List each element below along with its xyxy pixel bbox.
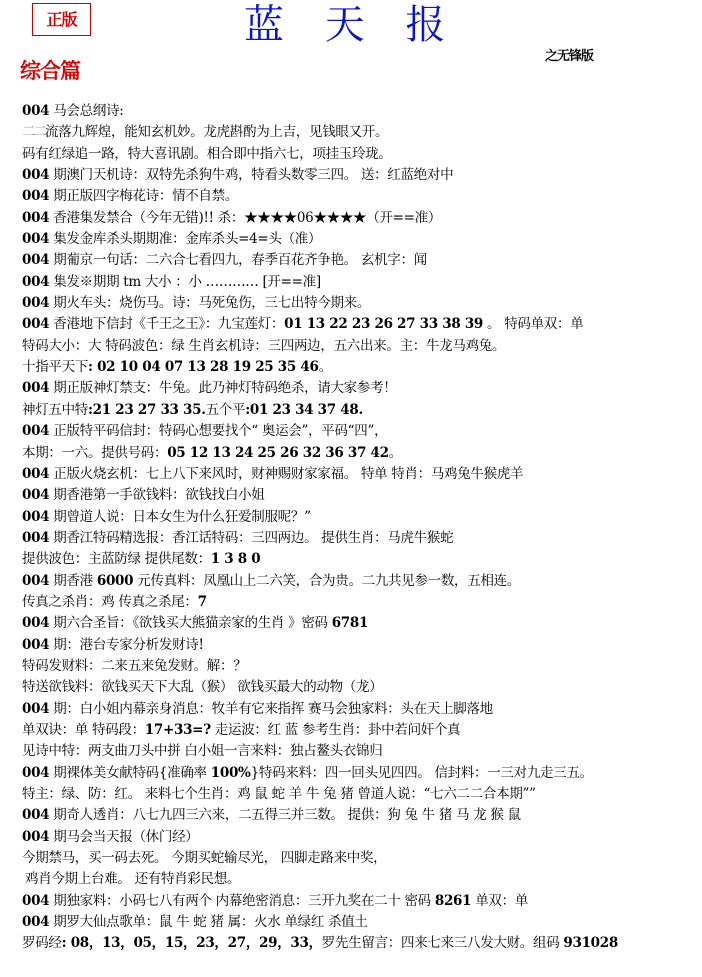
text-line: 鸡肖今期上台难。 还有特肖彩民想。 — [22, 869, 692, 890]
line-suffix: 。 — [389, 445, 402, 461]
line-text: 期香港 — [49, 573, 97, 589]
line-suffix: 五个平 — [206, 402, 246, 418]
issue-number: 004 — [22, 914, 49, 930]
text-line: 特送欲钱料：欲钱买天下大乱（猴） 欲钱买最大的动物（龙） — [22, 677, 692, 698]
line-suffix: 。 — [319, 359, 332, 375]
line-text: 期：港台专家分析发财诗! — [49, 637, 203, 653]
issue-number: 004 — [22, 210, 49, 226]
bold-numbers: 6000 — [97, 573, 133, 589]
line-suffix: 走运波：红 蓝 参考生肖：卦中若问奸个真 — [211, 722, 461, 738]
issue-number: 004 — [22, 103, 49, 119]
line-suffix: }特码来料：四一回头见四四。 信封料：一三对九走三五。 — [251, 765, 593, 781]
line-text: 特送欲钱料：欲钱买天下大乱（猴） 欲钱买最大的动物（龙） — [22, 679, 382, 695]
line-text: 提供波色：主蓝防绿 提供尾数： — [22, 551, 211, 567]
line-text: 马会总纲诗: — [49, 103, 123, 119]
issue-number: 004 — [22, 295, 49, 311]
line-text: 十指平天下 — [22, 359, 88, 375]
issue-number: 004 — [22, 316, 49, 332]
text-line: 004 期六合圣旨：《欲钱买大熊猫亲家的生肖 》密码 6781 — [22, 613, 692, 634]
issue-number: 004 — [22, 807, 49, 823]
text-line: 004 期香港第一手欲钱料：欲钱找白小姐 — [22, 485, 692, 506]
text-line: 004 期香港 6000 元传真料：凤凰山上二六笑，合为贵。二九共见参一数，五相… — [22, 571, 692, 592]
issue-number: 004 — [22, 380, 49, 396]
issue-number: 004 — [22, 466, 49, 482]
issue-number: 004 — [22, 829, 49, 845]
text-line: 004 正版火烧玄机：七上八下来风时，财神赐财家家福。 特单 特肖：马鸡兔牛猴虎… — [22, 464, 692, 485]
bold-numbers: 1 3 8 0 — [211, 551, 261, 567]
text-line: 004 期曾道人说：日本女生为什么狂爱制服呢？” — [22, 507, 692, 528]
text-line: 004 集发金库杀头期期准：金库杀头=4=头（准） — [22, 229, 692, 250]
text-line: 004 期奇人透肖：八七九四三六来，二五得三并三数。 提供：狗 兔 牛 猪 马 … — [22, 805, 692, 826]
text-line: 004 香港集发禁合（今年无错)!! 杀：★★★★06★★★★（开==准） — [22, 208, 692, 229]
issue-number: 004 — [22, 701, 49, 717]
section-title: 综合篇 — [20, 57, 80, 85]
line-text: 期曾道人说：日本女生为什么狂爱制服呢？” — [49, 509, 310, 525]
text-line: 罗码经: 08，13，05，15，23，27，29，33，罗先生留言：四来七来三… — [22, 933, 692, 954]
text-line: 见诗中特：两支曲刀头中拼 白小姐一言来料：独占鳌头衣锦归 — [22, 741, 692, 762]
text-line: 004 期：港台专家分析发财诗! — [22, 635, 692, 656]
line-text: 流落九辉煌，能知玄机妙。龙虎斟酌为上吉，见钱眼又开。 — [45, 124, 388, 140]
text-line: 特码发财料：二来五来兔发财。解：？ — [22, 656, 692, 677]
text-line: 004 期裸体美女献特码{准确率 100%}特码来料：四一回头见四四。 信封料：… — [22, 763, 692, 784]
text-line: 特主：绿、防：红。 来料七个生肖：鸡 鼠 蛇 羊 牛 兔 猪 曾道人说：“七六二… — [22, 784, 692, 805]
text-line: 传真之杀肖：鸡 传真之杀尾：7 — [22, 592, 692, 613]
line-text: 香港地下信封《千王之王》：九宝莲灯： — [49, 316, 284, 332]
text-line: 004 集发※期期 tm 大小 ：小 ………… [开==准] — [22, 272, 692, 293]
bold-numbers: 6781 — [332, 615, 368, 631]
line-text: 期澳门天机诗：双特先杀狗牛鸡，特看头数零三四。 送：红蓝绝对中 — [49, 167, 453, 183]
text-line: 今期禁马，买一码去死。 今期买蛇输尽光， 四脚走路来中奖， — [22, 848, 692, 869]
bold-numbers: 8261 — [435, 893, 471, 909]
bold-numbers: 17+33=? — [145, 722, 211, 738]
line-text: 罗码经 — [22, 935, 62, 951]
line-text: 期：白小姐内幕亲身消息：牧羊有它来指挥 赛马会独家料：头在天上脚落地 — [49, 701, 493, 717]
text-line: 提供波色：主蓝防绿 提供尾数：1 3 8 0 — [22, 549, 692, 570]
text-line: 本期：一六。提供号码：05 12 13 24 25 26 32 36 37 42… — [22, 443, 692, 464]
text-line: 004 期葡京一句话：二六合七看四九，春季百花齐争艳。 玄机字：闻 — [22, 250, 692, 271]
degraded-glyphs: 二二 — [22, 124, 45, 140]
line-text: 传真之杀肖：鸡 传真之杀尾： — [22, 594, 198, 610]
text-line: 004 期香江特码精选报：香江话特码：三四两边。 提供生肖：马虎牛猴蛇 — [22, 528, 692, 549]
issue-number: 004 — [22, 893, 49, 909]
line-text: 期奇人透肖：八七九四三六来，二五得三并三数。 提供：狗 兔 牛 猪 马 龙 猴 … — [49, 807, 521, 823]
page-title: 蓝 天 报 — [244, 2, 434, 48]
bold-numbers: : 08，13，05，15，23，27，29，33， — [62, 935, 322, 951]
bold-numbers: 100% — [211, 765, 251, 781]
bold-numbers: 01 13 22 23 26 27 33 38 39 — [284, 316, 483, 332]
text-line: 004 香港地下信封《千王之王》：九宝莲灯：01 13 22 23 26 27 … — [22, 314, 692, 335]
issue-number: 004 — [22, 274, 49, 290]
line-suffix: 单双：单 — [471, 893, 528, 909]
text-line: 004 马会总纲诗: — [22, 101, 692, 122]
text-line: 004 正版特平码信封：特码心想要找个“ 奥运会”，平码“四”， — [22, 421, 692, 442]
edition-stamp: 正版 — [32, 3, 91, 36]
issue-number: 004 — [22, 530, 49, 546]
text-line: 十指平天下: 02 10 04 07 13 28 19 25 35 46。 — [22, 357, 692, 378]
line-text: 期罗大仙点歌单：鼠 牛 蛇 猪 属：火水 单绿红 杀值土 — [49, 914, 367, 930]
text-line: 004 期独家料：小码七八有两个 内幕绝密消息：三开九奖在二十 密码 8261 … — [22, 891, 692, 912]
line-text: 特码发财料：二来五来兔发财。解：？ — [22, 658, 246, 674]
content-body: 004 马会总纲诗:二二流落九辉煌，能知玄机妙。龙虎斟酌为上吉，见钱眼又开。码有… — [22, 101, 692, 955]
line-text: 集发金库杀头期期准：金库杀头=4=头（准） — [49, 231, 321, 247]
text-line: 004 期正版四字梅花诗：情不自禁。 — [22, 186, 692, 207]
text-line: 码有红绿追一路，特大喜讯剧。相合即中指六七，项挂玉玲珑。 — [22, 144, 692, 165]
line-text: 正版火烧玄机：七上八下来风时，财神赐财家家福。 特单 特肖：马鸡兔牛猴虎羊 — [49, 466, 523, 482]
line-text: 本期：一六。提供号码： — [22, 445, 167, 461]
text-line: 004 期澳门天机诗：双特先杀狗牛鸡，特看头数零三四。 送：红蓝绝对中 — [22, 165, 692, 186]
line-text: 期香港第一手欲钱料：欲钱找白小姐 — [49, 487, 264, 503]
line-suffix: 罗先生留言：四来七来三八发大财。组码 — [322, 935, 564, 951]
line-text: 期正版四字梅花诗：情不自禁。 — [49, 188, 238, 204]
line-text: 期六合圣旨：《欲钱买大熊猫亲家的生肖 》密码 — [49, 615, 331, 631]
issue-number: 004 — [22, 487, 49, 503]
line-text: 期香江特码精选报：香江话特码：三四两边。 提供生肖：马虎牛猴蛇 — [49, 530, 453, 546]
line-text: 期正版神灯禁支：牛兔。此乃神灯特码绝杀，请大家参考！ — [49, 380, 396, 396]
line-text: 见诗中特：两支曲刀头中拼 白小姐一言来料：独占鳌头衣锦归 — [22, 743, 382, 759]
issue-number: 004 — [22, 637, 49, 653]
text-line: 004 期马会当天报（休门经） — [22, 827, 692, 848]
line-text: 单双诀：单 特码段： — [22, 722, 145, 738]
line-text: 特码大小：大 特码波色：绿 生肖玄机诗：三四两边，五六出来。主：牛龙马鸡兔。 — [22, 338, 505, 354]
line-text: 香港集发禁合（今年无错)!! 杀：★★★★06★★★★（开==准） — [49, 210, 441, 226]
text-line: 单双诀：单 特码段：17+33=? 走运波：红 蓝 参考生肖：卦中若问奸个真 — [22, 720, 692, 741]
bold-numbers: 05 12 13 24 25 26 32 36 37 42 — [167, 445, 388, 461]
issue-number: 004 — [22, 252, 49, 268]
line-text: 鸡肖今期上台难。 还有特肖彩民想。 — [25, 871, 240, 887]
line-text: 期火车头：烧伤马。诗：马死兔伤，三七出特今期来。 — [49, 295, 370, 311]
issue-number: 004 — [22, 423, 49, 439]
line-text: 期独家料：小码七八有两个 内幕绝密消息：三开九奖在二十 密码 — [49, 893, 435, 909]
issue-number: 004 — [22, 765, 49, 781]
line-text: 特主：绿、防：红。 来料七个生肖：鸡 鼠 蛇 羊 牛 兔 猪 曾道人说：“七六二… — [22, 786, 536, 802]
line-text: 正版特平码信封：特码心想要找个“ 奥运会”，平码“四”， — [49, 423, 387, 439]
issue-number: 004 — [22, 231, 49, 247]
line-suffix: 。 特码单双：单 — [483, 316, 583, 332]
issue-number: 004 — [22, 615, 49, 631]
text-line: 特码大小：大 特码波色：绿 生肖玄机诗：三四两边，五六出来。主：牛龙马鸡兔。 — [22, 336, 692, 357]
line-text: 集发※期期 tm 大小 ：小 ………… [开==准] — [49, 274, 321, 290]
text-line: 神灯五中特:21 23 27 33 35.五个平:01 23 34 37 48. — [22, 400, 692, 421]
bold-numbers-2: 931028 — [563, 935, 618, 951]
issue-number: 004 — [22, 188, 49, 204]
text-line: 004 期火车头：烧伤马。诗：马死兔伤，三七出特今期来。 — [22, 293, 692, 314]
text-line: 004 期罗大仙点歌单：鼠 牛 蛇 猪 属：火水 单绿红 杀值土 — [22, 912, 692, 933]
issue-number: 004 — [22, 509, 49, 525]
line-text: 今期禁马，买一码去死。 今期买蛇输尽光， 四脚走路来中奖， — [22, 850, 386, 866]
issue-number: 004 — [22, 167, 49, 183]
bold-numbers-2: :01 23 34 37 48. — [245, 402, 363, 418]
text-line: 004 期：白小姐内幕亲身消息：牧羊有它来指挥 赛马会独家料：头在天上脚落地 — [22, 699, 692, 720]
text-line: 004 期正版神灯禁支：牛兔。此乃神灯特码绝杀，请大家参考！ — [22, 378, 692, 399]
line-text: 期裸体美女献特码{准确率 — [49, 765, 210, 781]
line-text: 神灯五中特 — [22, 402, 88, 418]
edition-label: 之无锋版 — [545, 45, 593, 64]
issue-number: 004 — [22, 573, 49, 589]
text-line: 二二流落九辉煌，能知玄机妙。龙虎斟酌为上吉，见钱眼又开。 — [22, 122, 692, 143]
line-text: 期马会当天报（休门经） — [49, 829, 198, 845]
line-suffix: 元传真料：凤凰山上二六笑，合为贵。二九共见参一数，五相连。 — [133, 573, 520, 589]
line-text: 期葡京一句话：二六合七看四九，春季百花齐争艳。 玄机字：闻 — [49, 252, 427, 268]
bold-numbers: 7 — [198, 594, 207, 610]
line-text: 码有红绿追一路，特大喜讯剧。相合即中指六七，项挂玉玲珑。 — [22, 146, 392, 162]
bold-numbers: : 02 10 04 07 13 28 19 25 35 46 — [88, 359, 319, 375]
bold-numbers: :21 23 27 33 35. — [88, 402, 206, 418]
